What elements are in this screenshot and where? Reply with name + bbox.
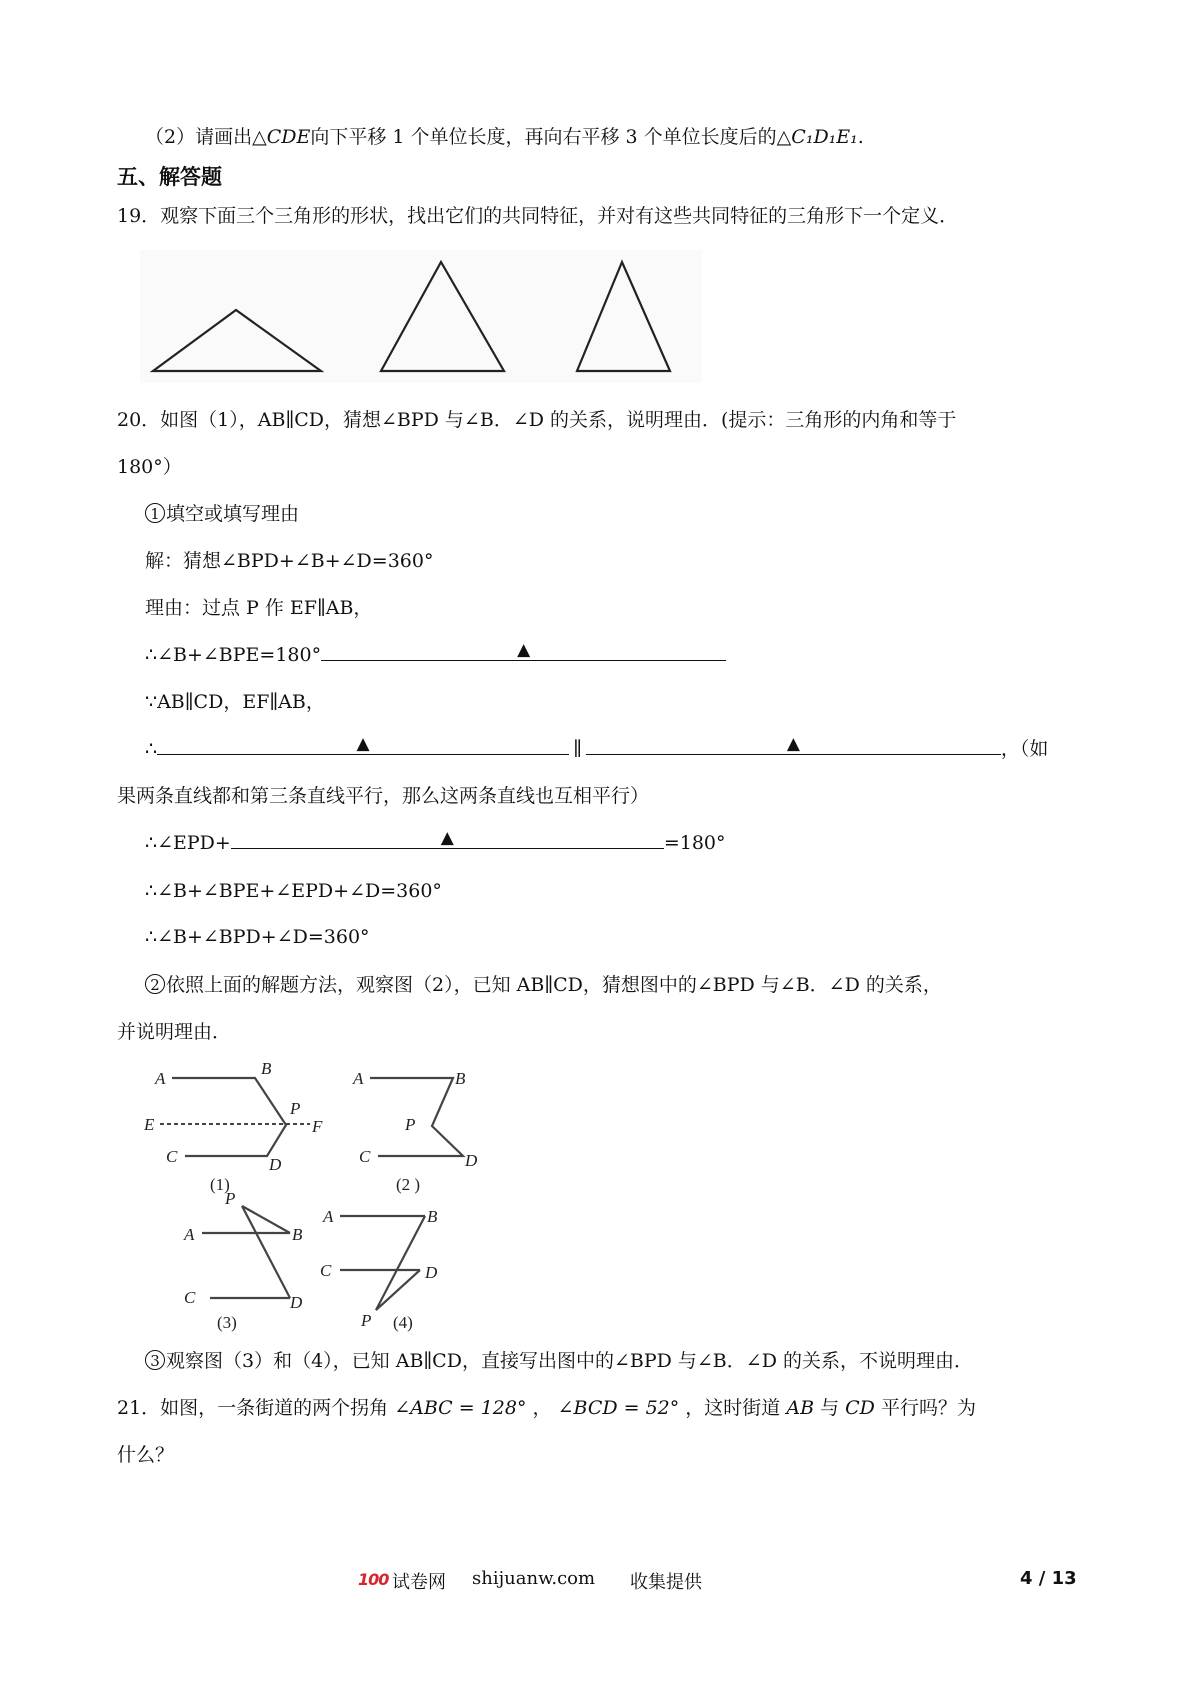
- svg-text:C: C: [184, 1288, 196, 1307]
- page-footer: 100 试卷网 shijuanw.com 收集提供 4 / 13: [0, 1568, 1191, 1596]
- q18-part2-text: （2）请画出△CDE向下平移 1 个单位长度，再向右平移 3 个单位长度后的△C…: [145, 125, 864, 149]
- part2-text: 依照上面的解题方法，观察图（2），已知 AB∥CD，猜想图中的∠BPD 与∠B．…: [166, 974, 942, 996]
- q20-part2-line2: 并说明理由．: [117, 1020, 231, 1044]
- circled-number-3: 3: [145, 1350, 165, 1370]
- part3-text: 观察图（3）和（4），已知 AB∥CD，直接写出图中的∠BPD 与∠B．∠D 的…: [166, 1350, 973, 1372]
- step4-suffix: =180°: [664, 832, 726, 854]
- blank-marker-icon: ▲: [787, 734, 800, 754]
- angle-bcd: ∠BCD = 52°: [558, 1397, 680, 1419]
- circled-number-2: 2: [145, 974, 165, 994]
- svg-text:E: E: [143, 1115, 155, 1134]
- q19-text: 19．观察下面三个三角形的形状，找出它们的共同特征，并对有这些共同特征的三角形下…: [117, 204, 958, 228]
- circled-number-1: 1: [145, 503, 165, 523]
- section-title: 五、解答题: [117, 163, 222, 191]
- svg-text:(4): (4): [393, 1313, 413, 1332]
- q20-stem-line2: 180°）: [117, 455, 182, 479]
- q20-figures: A B P E F C D (1) A B P C D (2 ) P A B C…: [140, 1058, 500, 1338]
- svg-text:C: C: [166, 1147, 178, 1166]
- svg-text:P: P: [289, 1099, 300, 1118]
- step3-suffix: ，（如: [1001, 738, 1049, 760]
- q21-prefix: 21．如图，一条街道的两个拐角: [117, 1397, 394, 1419]
- q18-suffix: .: [858, 126, 864, 148]
- solution-step5: ∴∠B+∠BPE+∠EPD+∠D=360°: [145, 879, 442, 903]
- solution-step4: ∴∠EPD+▲=180°: [145, 830, 726, 855]
- svg-text:A: A: [154, 1069, 166, 1088]
- triangle-c1d1e1: C₁D₁E₁: [791, 126, 858, 148]
- solution-step3-continued: 果两条直线都和第三条直线平行，那么这两条直线也互相平行）: [117, 784, 649, 808]
- solution-guess: 解：猜想∠BPD+∠B+∠D=360°: [145, 549, 433, 573]
- q19-triangles-figure: [140, 250, 702, 383]
- therefore-symbol: ∴: [145, 738, 157, 760]
- angle-abc: ∠ABC = 128°: [394, 1397, 526, 1419]
- svg-text:P: P: [360, 1311, 371, 1330]
- step4-prefix: ∴∠EPD+: [145, 832, 231, 854]
- solution-step6: ∴∠B+∠BPD+∠D=360°: [145, 925, 370, 949]
- svg-text:B: B: [261, 1059, 272, 1078]
- svg-text:A: A: [183, 1225, 195, 1244]
- triangle-cde: CDE: [267, 126, 311, 148]
- svg-text:D: D: [424, 1263, 438, 1282]
- svg-text:P: P: [224, 1189, 235, 1208]
- q20-stem-line1: 20．如图（1），AB∥CD，猜想∠BPD 与∠B．∠D 的关系，说明理由．(提…: [117, 408, 956, 432]
- svg-text:A: A: [352, 1069, 364, 1088]
- blank-marker-icon: ▲: [517, 640, 530, 660]
- svg-text:D: D: [289, 1293, 303, 1312]
- blank-marker-icon: ▲: [357, 734, 370, 754]
- q20-part1: 1填空或填写理由: [145, 502, 299, 526]
- svg-text:C: C: [359, 1147, 371, 1166]
- solution-reason: 理由：过点 P 作 EF∥AB，: [145, 596, 372, 620]
- solution-step2: ∵AB∥CD，EF∥AB，: [145, 690, 325, 714]
- q21-line1: 21．如图，一条街道的两个拐角 ∠ABC = 128° ， ∠BCD = 52°…: [117, 1396, 976, 1420]
- q21-mid: ，这时街道: [679, 1397, 786, 1419]
- answer-blank-3[interactable]: ▲: [586, 736, 1001, 755]
- solution-step1: ∴∠B+∠BPE=180°▲: [145, 642, 726, 667]
- q18-prefix: （2）请画出△: [145, 126, 267, 148]
- segment-cd: CD: [845, 1397, 875, 1419]
- svg-text:B: B: [455, 1069, 466, 1088]
- isosceles-triangles-icon: [140, 250, 702, 383]
- svg-text:D: D: [464, 1151, 478, 1170]
- svg-text:P: P: [404, 1115, 415, 1134]
- svg-text:B: B: [427, 1207, 438, 1226]
- q18-middle: 向下平移 1 个单位长度，再向右平移 3 个单位长度后的△: [310, 126, 791, 148]
- footer-provided: 收集提供: [630, 1568, 702, 1594]
- parallel-lines-diagrams-icon: A B P E F C D (1) A B P C D (2 ) P A B C…: [140, 1058, 500, 1338]
- page-number: 4 / 13: [1020, 1568, 1077, 1589]
- svg-text:D: D: [268, 1155, 282, 1174]
- footer-url[interactable]: shijuanw.com: [472, 1568, 595, 1589]
- solution-step3: ∴▲∥▲，（如: [145, 736, 1048, 761]
- part1-label: 填空或填写理由: [166, 503, 299, 525]
- svg-text:A: A: [322, 1207, 334, 1226]
- footer-site-name: 试卷网: [392, 1568, 446, 1594]
- q21-sep: ，: [526, 1397, 557, 1419]
- svg-text:F: F: [311, 1117, 323, 1136]
- answer-blank-1[interactable]: ▲: [321, 642, 726, 661]
- q21-with: 与: [814, 1397, 845, 1419]
- segment-ab: AB: [786, 1397, 814, 1419]
- svg-text:C: C: [320, 1261, 332, 1280]
- shijuan-logo-icon: 100: [358, 1570, 388, 1589]
- answer-blank-4[interactable]: ▲: [231, 830, 664, 849]
- svg-text:B: B: [292, 1225, 303, 1244]
- blank-marker-icon: ▲: [441, 828, 454, 848]
- q20-part2-line1: 2依照上面的解题方法，观察图（2），已知 AB∥CD，猜想图中的∠BPD 与∠B…: [145, 973, 942, 997]
- svg-text:(2 ): (2 ): [396, 1175, 420, 1194]
- parallel-symbol: ∥: [569, 738, 586, 760]
- q21-line2: 什么？: [117, 1443, 174, 1467]
- q21-end: 平行吗？为: [875, 1397, 976, 1419]
- answer-blank-2[interactable]: ▲: [157, 736, 569, 755]
- svg-text:(3): (3): [217, 1313, 237, 1332]
- q20-part3: 3观察图（3）和（4），已知 AB∥CD，直接写出图中的∠BPD 与∠B．∠D …: [145, 1349, 973, 1373]
- step1-text: ∴∠B+∠BPE=180°: [145, 644, 321, 666]
